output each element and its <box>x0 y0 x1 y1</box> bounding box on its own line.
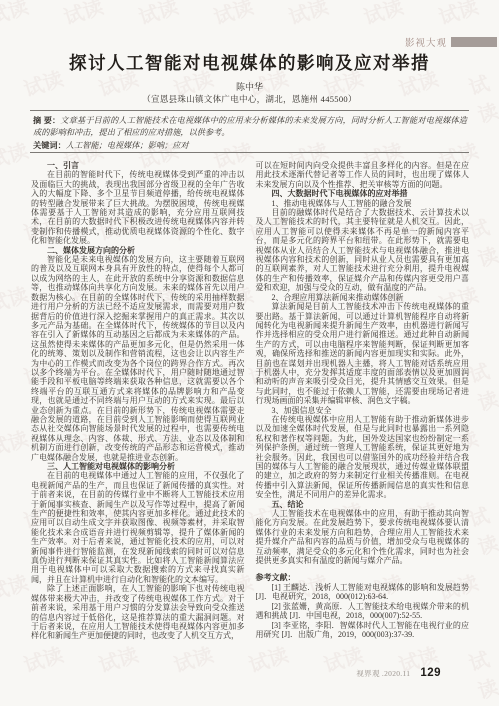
section-heading: 五、结论 <box>256 500 470 509</box>
page-number: 129 <box>420 667 441 679</box>
keywords-text: 人工智能；电视媒体；影响；应对 <box>66 141 189 150</box>
paragraph: 智能化是未来电视媒体的发展方向，这主要随着互联网的普及以及互联网本身具有开放性的… <box>31 255 245 462</box>
sub-heading: 2、合理应用算法新闻来推动媒体创新 <box>256 293 470 302</box>
paragraph-continuation: 可以在短时间内向受众提供丰富且多样化的内容。但是在应用此技术逐渐代替记者等工作人… <box>256 161 470 189</box>
paragraph: 在目前的智能时代下，传统电视媒体受到严重的冲击以及面临巨大的挑战，表现出我国部分… <box>31 170 245 245</box>
references-heading: 参考文献： <box>256 573 470 582</box>
right-column: 可以在短时间内向受众提供丰富且多样化的内容。但是在应用此技术逐渐代替记者等工作人… <box>256 161 470 641</box>
abstract-label: 摘 要： <box>33 116 60 125</box>
author-affiliation: （宣恩县珠山镇文体广电中心，湖北，恩施州 445500） <box>0 93 499 105</box>
section-heading: 四、大数据时代下电视媒体的应对举措 <box>256 189 470 198</box>
article-title: 探讨人工智能对电视媒体的影响及应对举措 <box>0 50 499 75</box>
article-body: 一、引言在目前的智能时代下，传统电视媒体受到严重的冲击以及面临巨大的挑战，表现出… <box>31 161 469 641</box>
sub-heading: 1、推动电视媒体与人工智能的融合发展 <box>256 199 470 208</box>
section-heading: 三、人工智能对电视媒体的影响分析 <box>31 462 245 471</box>
abstract-text: 文章基于目前的人工智能技术在电视媒体中的应用来分析媒体的未来发展方向，同时分析人… <box>33 116 467 137</box>
section-heading: 二、媒体发展方向的分析 <box>31 246 245 255</box>
abstract-block: 摘 要：文章基于目前的人工智能技术在电视媒体中的应用来分析媒体的未来发展方向，同… <box>33 115 467 152</box>
page-header: 影视大观 <box>405 35 497 49</box>
journal-page: 试读试读试读试读试读试读试读试读试读试读试读试读试读试读试读试读试读试读试读试读… <box>0 0 499 706</box>
paragraph: 在目前的电视媒体中通过人工智能的应用，不仅强化了电视新闻产品的生产，而且也保证了… <box>31 471 245 584</box>
reference-item: [2] 张蓝姗，黄高原．人工智能技术给电视媒介带来的机遇和挑战 [J]．中国电视… <box>256 602 470 621</box>
sub-heading: 3、加强信息安全 <box>256 406 470 415</box>
paragraph: 目前的融媒体时代是结合了大数据技术、云计算技术以及人工智能技术的时代，其主要特征… <box>256 208 470 293</box>
reference-item: [1] 王麟达．浅析人工智能对电视媒体的影响和发展趋势 [J]．电视研究，201… <box>256 583 470 602</box>
paragraph: 人工智能技术在电视媒体中的应用，有助于推动其向智能化方向发展。在此发展趋势下，要… <box>256 509 470 565</box>
paragraph: 算法新闻是目前人工智能技术冲击下传统电视媒体的重要出路。基于算法新闻，可以通过计… <box>256 302 470 405</box>
paragraph: 在传统电视媒体中应用人工智能有助于推动新媒体进步以及加速全媒体时代发展，但是与此… <box>256 415 470 500</box>
divider-bottom <box>30 152 469 153</box>
divider-top <box>30 110 469 111</box>
left-column: 一、引言在目前的智能时代下，传统电视媒体受到严重的冲击以及面临巨大的挑战，表现出… <box>31 161 245 641</box>
section-label: 影视大观 <box>405 35 447 49</box>
section-heading: 一、引言 <box>31 161 245 170</box>
author-name: 陈中华 <box>0 80 499 93</box>
header-bar-decoration <box>451 37 497 47</box>
page-footer: 视界观 .2020.11 129 <box>356 667 441 679</box>
keywords-label: 关键词： <box>33 141 66 150</box>
paragraph: 除了上述正面影响，在人工智能的影响下也对传统电视媒体带来极大冲击，并改变了传统电… <box>31 584 245 640</box>
reference-item: [3] 李亚铭，李阳．智媒体时代人工智能在电视行业的应用研究 [J]．出版广角，… <box>256 621 470 640</box>
footer-journal-issue: 视界观 .2020.11 <box>356 668 410 679</box>
